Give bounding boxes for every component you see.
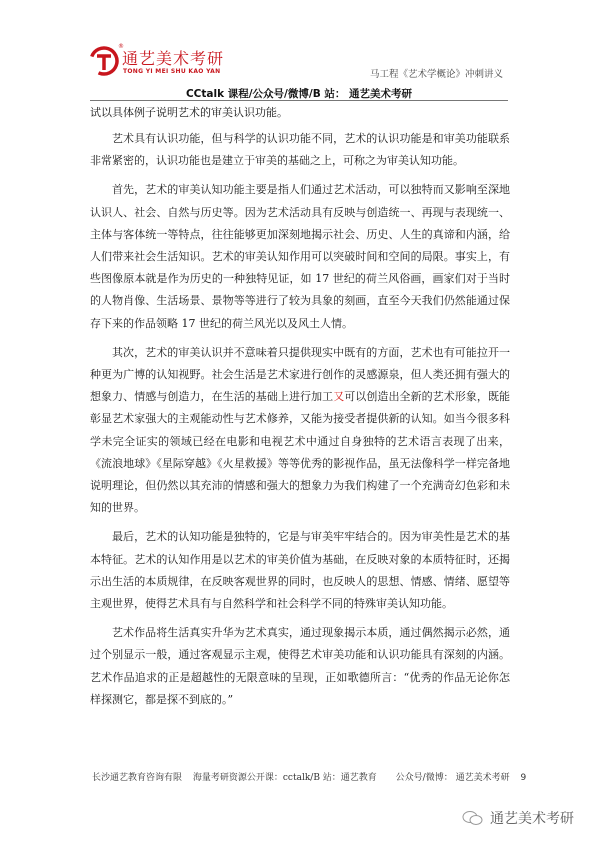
question-heading: 试以具体例子说明艺术的审美认识功能。 [90, 104, 288, 120]
paragraph-text: 可以创造出全新的艺术形象，既能彰显艺术家强大的主观能动性与艺术修养，又能为接受者… [90, 390, 510, 514]
paragraph: 艺术具有认识功能，但与科学的认识功能不同，艺术的认识功能是和审美功能联系非常紧密… [90, 128, 510, 172]
paragraph: 最后，艺术的认知功能是独特的，它是与审美牢牢结合的。因为审美性是艺术的基本特征。… [90, 526, 510, 615]
footer-social: 公众号/微博： 通艺美术考研 [396, 773, 510, 783]
logo-name-en: TONG YI MEI SHU KAO YAN [123, 68, 220, 75]
page-number: 9 [520, 773, 526, 783]
highlighted-char: 又 [333, 390, 344, 403]
brand-logo: ® 通艺美术考研 TONG YI MEI SHU KAO YAN [89, 44, 219, 80]
wechat-watermark: 通艺美术考研 [462, 808, 574, 828]
footer-company: 长沙通艺教育咨询有限 [92, 773, 182, 783]
paragraph: 艺术作品将生活真实升华为艺术真实，通过现象揭示本质，通过偶然揭示必然，通过个别显… [90, 622, 510, 711]
logo-mark-icon [89, 46, 119, 76]
answer-body: 艺术具有认识功能，但与科学的认识功能不同，艺术的认识功能是和审美功能联系非常紧密… [90, 128, 510, 718]
logo-name-cn: 通艺美术考研 [122, 46, 224, 69]
header-divider [90, 100, 508, 101]
watermark-label: 通艺美术考研 [490, 811, 574, 827]
footer-resources: 海量考研资源公开课：cctalk/B 站：通艺教育 [193, 773, 377, 783]
header-banner: CCtalk 课程/公众号/微博/B 站： 通艺美术考研 [90, 86, 508, 101]
page-footer: 长沙通艺教育咨询有限 海量考研资源公开课：cctalk/B 站：通艺教育 公众号… [92, 770, 526, 783]
wechat-icon [462, 811, 484, 825]
course-title: 马工程《艺术学概论》冲刺讲义 [370, 66, 503, 80]
paragraph: 其次，艺术的审美认识并不意味着只提供现实中既有的方面，艺术也有可能拉开一种更为广… [90, 342, 510, 520]
paragraph: 首先，艺术的审美认知功能主要是指人们通过艺术活动，可以独特而又影响至深地认识人、… [90, 179, 510, 334]
